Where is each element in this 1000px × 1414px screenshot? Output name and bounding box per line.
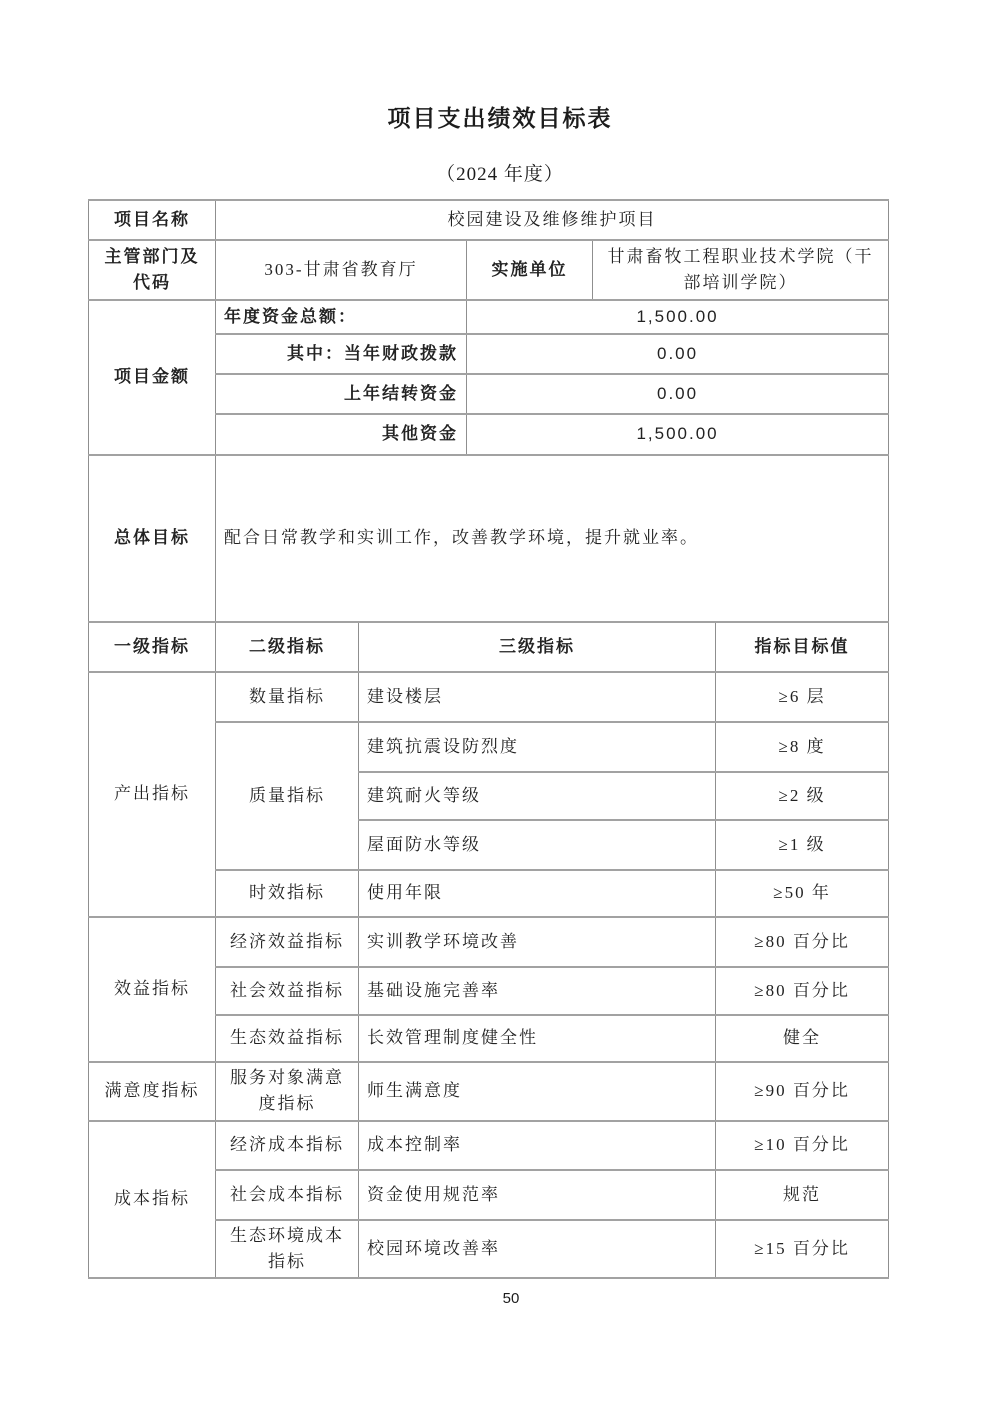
level1-cell: 效益指标 [89,917,216,1062]
level3-cell: 建筑耐火等级 [359,772,716,820]
level3-cell: 建筑抗震设防烈度 [359,722,716,772]
level1-cell: 产出指标 [89,672,216,917]
level2-cell: 社会成本指标 [216,1170,359,1220]
table-row: 项目名称 校园建设及维修维护项目 [89,200,889,240]
table-row: 项目金额 年度资金总额： 1,500.00 [89,300,889,334]
amount-row-label-cell: 其中：当年财政拨款 [216,334,467,374]
project-name-value-cell: 校园建设及维修维护项目 [216,200,889,240]
indicator-row: 产出指标 数量指标 建设楼层 ≥6 层 [89,672,889,722]
level1-cell: 成本指标 [89,1121,216,1279]
overall-goal-label-cell: 总体目标 [89,455,216,622]
target-value-cell: ≥8 度 [716,722,889,772]
target-value-cell: ≥80 百分比 [716,917,889,967]
amount-row-value-cell: 1,500.00 [467,414,889,455]
indicator-row: 满意度指标 服务对象满意度指标 师生满意度 ≥90 百分比 [89,1062,889,1121]
level3-cell: 师生满意度 [359,1062,716,1121]
level2-cell: 经济成本指标 [216,1121,359,1170]
amount-row-label-cell: 其他资金 [216,414,467,455]
level3-cell: 建设楼层 [359,672,716,722]
dept-code-value-cell: 303-甘肃省教育厅 [216,240,467,300]
page-subtitle: （2024 年度） [0,159,1000,186]
page-title: 项目支出绩效目标表 [0,0,1000,133]
indicator-row: 成本指标 经济成本指标 成本控制率 ≥10 百分比 [89,1121,889,1170]
target-value-cell: 健全 [716,1015,889,1062]
project-name-label-cell: 项目名称 [89,200,216,240]
level3-cell: 实训教学环境改善 [359,917,716,967]
level3-cell: 成本控制率 [359,1121,716,1170]
overall-goal-value-cell: 配合日常教学和实训工作，改善教学环境，提升就业率。 [216,455,889,622]
amount-row-label-cell: 年度资金总额： [216,300,467,334]
target-value-cell: ≥80 百分比 [716,967,889,1015]
level2-cell: 生态环境成本指标 [216,1220,359,1279]
level3-cell: 屋面防水等级 [359,820,716,870]
impl-unit-label-cell: 实施单位 [467,240,593,300]
document-page: 项目支出绩效目标表 （2024 年度） 项目名称 校园建设及维修维护项目 主管部… [0,0,1000,1414]
level2-cell: 经济效益指标 [216,917,359,967]
target-value-cell: ≥10 百分比 [716,1121,889,1170]
header-level2-cell: 二级指标 [216,622,359,672]
level3-cell: 校园环境改善率 [359,1220,716,1279]
amount-row-value-cell: 0.00 [467,374,889,414]
table-row: 主管部门及代码 303-甘肃省教育厅 实施单位 甘肃畜牧工程职业技术学院（干部培… [89,240,889,300]
header-level3-cell: 三级指标 [359,622,716,672]
target-value-cell: 规范 [716,1170,889,1220]
target-value-cell: ≥2 级 [716,772,889,820]
dept-code-label-cell: 主管部门及代码 [89,240,216,300]
table-row: 总体目标 配合日常教学和实训工作，改善教学环境，提升就业率。 [89,455,889,622]
level2-cell: 数量指标 [216,672,359,722]
target-value-cell: ≥90 百分比 [716,1062,889,1121]
amount-row-value-cell: 0.00 [467,334,889,374]
level3-cell: 使用年限 [359,870,716,917]
performance-target-table: 项目名称 校园建设及维修维护项目 主管部门及代码 303-甘肃省教育厅 实施单位… [88,199,889,1279]
level2-cell: 质量指标 [216,722,359,870]
amount-row-value-cell: 1,500.00 [467,300,889,334]
level3-cell: 资金使用规范率 [359,1170,716,1220]
level3-cell: 长效管理制度健全性 [359,1015,716,1062]
level2-cell: 时效指标 [216,870,359,917]
target-value-cell: ≥50 年 [716,870,889,917]
amount-row-label-cell: 上年结转资金 [216,374,467,414]
header-level1-cell: 一级指标 [89,622,216,672]
level2-cell: 服务对象满意度指标 [216,1062,359,1121]
level1-cell: 满意度指标 [89,1062,216,1121]
target-value-cell: ≥1 级 [716,820,889,870]
level2-cell: 生态效益指标 [216,1015,359,1062]
indicator-header-row: 一级指标 二级指标 三级指标 指标目标值 [89,622,889,672]
level3-cell: 基础设施完善率 [359,967,716,1015]
page-number: 50 [0,1290,1000,1307]
target-value-cell: ≥15 百分比 [716,1220,889,1279]
header-target-cell: 指标目标值 [716,622,889,672]
indicator-row: 效益指标 经济效益指标 实训教学环境改善 ≥80 百分比 [89,917,889,967]
target-value-cell: ≥6 层 [716,672,889,722]
impl-unit-value-cell: 甘肃畜牧工程职业技术学院（干部培训学院） [593,240,889,300]
amount-label-cell: 项目金额 [89,300,216,455]
level2-cell: 社会效益指标 [216,967,359,1015]
